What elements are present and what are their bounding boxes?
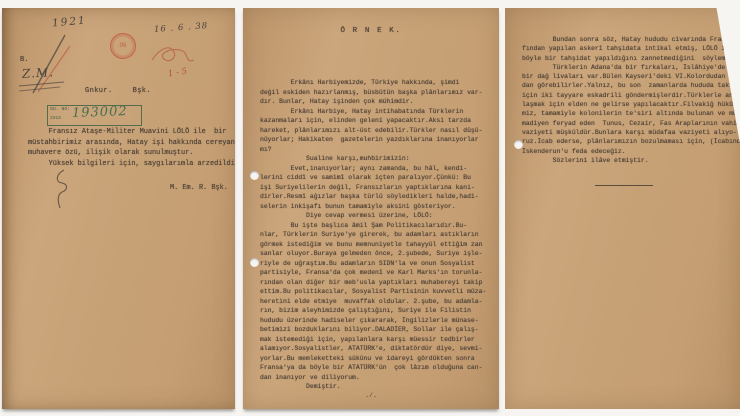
signature-block: M. Em. R. Bşk. (170, 184, 228, 192)
typed-text-line: İskenderun'u feda edeceğiz. (522, 147, 740, 156)
typed-text-line: Diye cevap vermesi üzerine, LÖLÖ: (260, 211, 494, 221)
punch-hole (250, 171, 259, 180)
typed-text-line: böyle bir tahşidat yapıldığını zannetmed… (522, 54, 740, 63)
page2-body-text: Erkânı Harbiyemizde, Türkiye hakkında, ş… (260, 78, 494, 392)
typed-text-line: partisiyle, Fransa'da çok medenî ve Karl… (260, 268, 494, 278)
typed-text-line: miz, tamamiyle kolonilerin te'siri altın… (522, 109, 740, 118)
typed-text-line: dan görebilirler.Yalnız, bu son zamanlar… (522, 81, 740, 90)
typed-text-line: görmek istediğim ve bunu memnuniyetle ta… (260, 240, 494, 250)
typed-text-line: nlar, Türklerin Suriye'ye girerek, bu ad… (260, 230, 494, 240)
document-header: Gnkur.Bşk. (85, 87, 171, 95)
pencil-and-red-strokes (2, 8, 235, 409)
typed-text-line: mı? (260, 145, 494, 155)
typed-text-line: vaziyeti müşküldür.Bunlara karşı müdafaa… (522, 128, 740, 137)
typed-text-line: kazanmaları için, elinden geleni yapacak… (260, 116, 494, 126)
page2-title: Ö R N E K. (243, 27, 499, 35)
header-office: Bşk. (133, 87, 151, 95)
typed-text-line: değil eskiden hazırlanmış, büsbütün başk… (260, 88, 494, 98)
typed-text-line: riyle de uğraştım.Bu adamların SIDN'la v… (260, 259, 494, 269)
typed-text-line: Erkânı Harbiye, Hatay intihabatında Türk… (260, 107, 494, 117)
typed-text-line: Yüksek bilgileri için, saygılarımla arze… (28, 159, 233, 170)
typed-text-line: ettim.Bu politikacılar, Sosyalist Partis… (260, 287, 494, 297)
registry-number: 193002 (72, 104, 128, 121)
registry-stamp-label: OU. NO: (50, 107, 70, 112)
typed-text-line: laşmak için elden ne gelirse yapılacaktı… (522, 100, 740, 109)
typed-text-line: rın, bizim aleyhimizde çalıştığını, Suri… (260, 306, 494, 316)
page3-body-text: Bundan sonra söz, Hatay hududu civarında… (522, 35, 740, 165)
typed-text-line: yorlar.Bu memleketteki sükûnu ve idareyi… (260, 354, 494, 364)
scanned-documents-canvas: 1921 16 . 6 . 38 06 B. Z.M. 1 - 5 Gnkur.… (0, 0, 740, 416)
typed-text-line: Sualine karşı,muhbirimizin: (260, 154, 494, 164)
typed-text-line: lerini ciddî ve samimî olarak içten para… (260, 173, 494, 183)
typed-text-line: mak istemediği için, yapılanlara karşı m… (260, 335, 494, 345)
typed-text-line: müstahbirimiz arasında, Hatay işi hakkın… (28, 138, 233, 149)
typed-text-line: rından olan diğer bir meb'usla yaptıklar… (260, 278, 494, 288)
typed-text-line: fından yapılan askerî tahşidata intikal … (522, 44, 740, 53)
typed-text-line: betimizi bozduklarını biliyor.DALADİER, … (260, 325, 494, 335)
typed-text-line: Sözlerini ilâve etmiştir. (522, 156, 740, 165)
registry-stamp-sub: 2918 (50, 116, 61, 121)
scanned-page-3: Bundan sonra söz, Hatay hududu civarında… (505, 8, 740, 409)
page1-body-text: Fransız Ataşe-Militer Muavini LÖLÖ ile b… (28, 127, 233, 169)
typed-text-line: Demiştir. (260, 382, 494, 392)
closing-rule (595, 185, 653, 186)
typed-text-line: hududu üzerinde hadiseler çıkararak, İng… (260, 316, 494, 326)
registry-stamp-box: OU. NO: 2918 193002 (47, 105, 142, 126)
typed-text-line: dır. Bunlar, Hatay işinden çok mühimdir. (260, 97, 494, 107)
typed-text-line: Evet,inanıyorlar; aynı zamanda, bu hâl, … (260, 164, 494, 174)
typed-text-line: hareket, plânlarımızı alt-üst edebilir.T… (260, 126, 494, 136)
typed-text-line: için iki tayyare eskadrili göndermişlerd… (522, 91, 740, 100)
page2-footer-mark: ./. (243, 392, 499, 399)
header-org: Gnkur. (85, 87, 113, 95)
typed-text-line: muhavere özü, ilişik olarak sunulmuştur. (28, 148, 233, 159)
typed-text-line: madiyen feryad eden Tunus, Cezair, Fas A… (522, 119, 740, 128)
scanned-page-1: 1921 16 . 6 . 38 06 B. Z.M. 1 - 5 Gnkur.… (2, 8, 235, 409)
typed-text-line: Erkânı Harbiyemizde, Türkiye hakkında, ş… (260, 78, 494, 88)
typed-text-line: Fransız Ataşe-Militer Muavini LÖLÖ ile b… (28, 127, 233, 138)
typed-text-line: Bundan sonra söz, Hatay hududu civarında… (522, 35, 740, 44)
scanned-page-2: Ö R N E K. Erkânı Harbiyemizde, Türkiye … (243, 8, 499, 409)
typed-text-line: dirler.Resmî ağızlar başka türlü söyledi… (260, 192, 494, 202)
typed-text-line: sanlar oluyor.Buraya gelmeden önce, 2.şu… (260, 249, 494, 259)
typed-text-line: alamıyor.Sosyalistler, ATATÜRK'e, diktat… (260, 344, 494, 354)
typed-text-line: Fransa'ya da böyle bir ATATÜRK'ün çok lâ… (260, 363, 494, 373)
typed-text-line: Bu işte başlıca âmil Şam Politikacılarıd… (260, 221, 494, 231)
typed-text-line: bir dağ livaları var.Bülen Kayseri'deki … (522, 72, 740, 81)
typed-text-line: ruz.İcab ederse, plânlarımızın bozulmama… (522, 137, 740, 146)
typed-text-line: dan inanıyor ve diliyorum. (260, 373, 494, 383)
typed-text-line: selerin inkişafı bunun tamamiyle aksini … (260, 202, 494, 212)
typed-text-line: Türklerin Adana'da bir fırkaları, İslâhi… (522, 63, 740, 72)
punch-hole (250, 258, 259, 267)
typed-text-line: nüyorlar; Hakikaten gazetelerin yazdıkla… (260, 135, 494, 145)
typed-text-line: işi Suriyelilerin değil, Fransızların ya… (260, 183, 494, 193)
typed-text-line: heretini elde etmiye muvaffak oldular. 2… (260, 297, 494, 307)
